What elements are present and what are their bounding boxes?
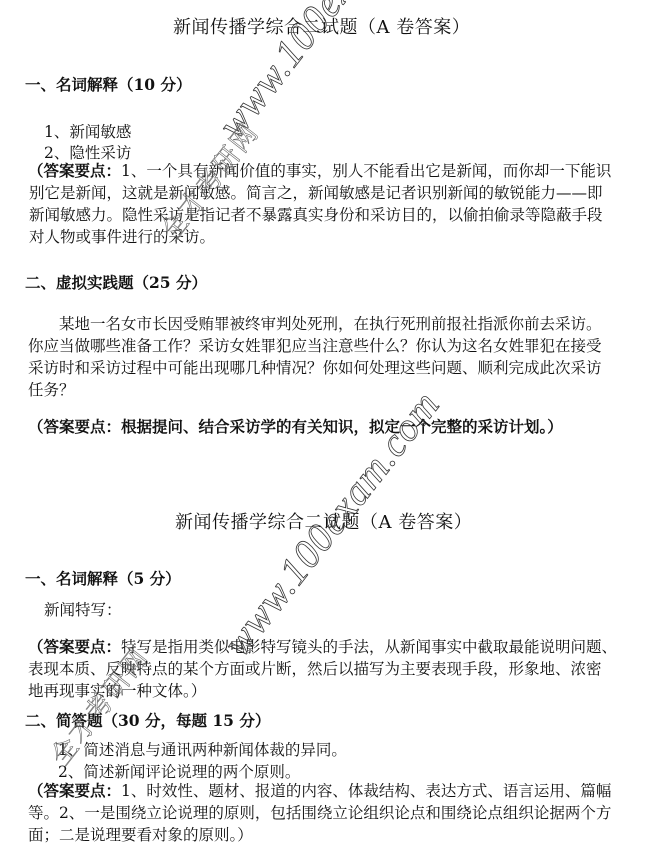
question-line: 任务？: [28, 379, 633, 401]
section-heading-terms-2: 一、名词解释（5 分）: [25, 567, 181, 589]
answer-line: 对人物或事件进行的采访。: [28, 226, 633, 248]
answer-line: 1、时效性、题材、报道的内容、体裁结构、表达方式、语言运用、篇幅: [121, 782, 611, 800]
answer-block-short-answer: （答案要点：1、时效性、题材、报道的内容、体裁结构、表达方式、语言运用、篇幅 等…: [28, 780, 633, 846]
answer-lead: （答案要点：: [28, 637, 121, 656]
section-heading-practice: 二、虚拟实践题（25 分）: [25, 271, 207, 293]
answer-block-practice: （答案要点：根据提问、结合采访学的有关知识，拟定一个完整的采访计划。）: [28, 415, 563, 437]
question-line: 你应当做哪些准备工作？采访女姓罪犯应当注意些什么？你认为这名女姓罪犯在接受: [28, 335, 633, 357]
section-heading-terms-1: 一、名词解释（10 分）: [25, 73, 191, 95]
answer-lead: （答案要点：: [28, 781, 121, 800]
answer-line: 等。2、一是围绕立论说理的原则，包括围绕立论组织论点和围绕论点组织论据两个方: [28, 802, 633, 824]
answer-line: 新闻敏感力。隐性采访是指记者不暴露真实身份和采访目的，以偷拍偷录等隐蔽手段: [28, 204, 633, 226]
exam-answer-document: 新闻传播学综合二试题（A 卷答案） 一、名词解释（10 分） 1、新闻敏感 2、…: [0, 0, 657, 855]
question-line: 采访时和采访过程中可能出现哪几种情况？你如何处理这些问题、顺利完成此次采访: [28, 357, 633, 379]
short-answer-item-2: 2、简述新闻评论说理的两个原则。: [58, 760, 300, 782]
question-line: 某地一名女市长因受贿罪被终审判处死刑，在执行死刑前报社指派你前去采访。: [28, 313, 633, 335]
answer-line: 特写是指用类似电影特写镜头的手法，从新闻事实中截取最能说明问题、: [121, 638, 617, 656]
answer-lead: （答案要点：: [28, 161, 121, 180]
short-answer-item-1: 1、简述消息与通讯两种新闻体裁的异同。: [58, 738, 347, 760]
term-item-1: 1、新闻敏感: [44, 120, 131, 142]
answer-block-terms-1: （答案要点：1、一个具有新闻价值的事实，别人不能看出它是新闻，而你却一下能识 别…: [28, 160, 633, 248]
answer-text: （答案要点：根据提问、结合采访学的有关知识，拟定一个完整的采访计划。）: [28, 417, 563, 436]
term-item-feature: 新闻特写：: [44, 598, 122, 620]
answer-line: 面；二是说理要看对象的原则。）: [28, 824, 633, 846]
question-block-practice: 某地一名女市长因受贿罪被终审判处死刑，在执行死刑前报社指派你前去采访。 你应当做…: [28, 313, 633, 401]
answer-line: 别它是新闻，这就是新闻敏感。简言之，新闻敏感是记者识别新闻的敏锐能力——即: [28, 182, 633, 204]
